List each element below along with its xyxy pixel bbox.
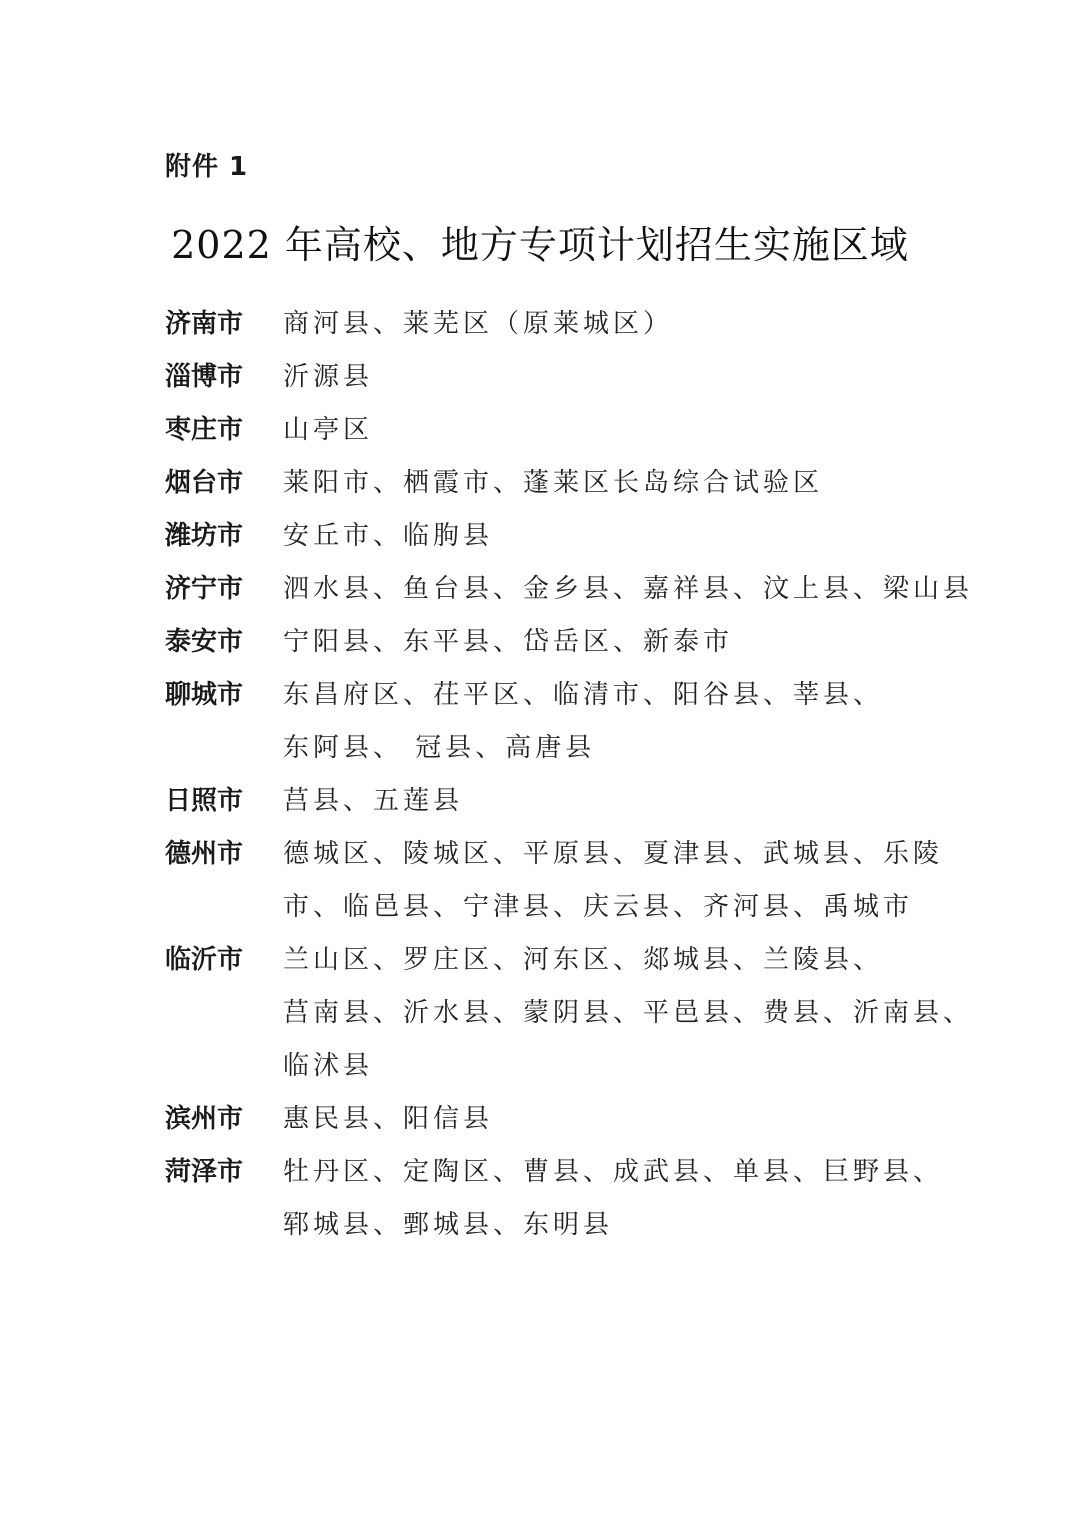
county-line: 兰山区、罗庄区、河东区、郯城县、兰陵县、 <box>283 934 973 987</box>
county-list: 安丘市、临朐县 <box>283 510 945 563</box>
city-name: 滨州市 <box>165 1093 283 1146</box>
city-name: 日照市 <box>165 775 283 828</box>
county-list: 莒县、五莲县 <box>283 775 945 828</box>
county-line: 市、临邑县、宁津县、庆云县、齐河县、禹城市 <box>283 881 945 934</box>
region-row: 济宁市 泗水县、鱼台县、金乡县、嘉祥县、汶上县、梁山县 <box>165 563 945 616</box>
city-name: 泰安市 <box>165 616 283 669</box>
county-line: 泗水县、鱼台县、金乡县、嘉祥县、汶上县、梁山县 <box>283 563 973 616</box>
city-name: 济南市 <box>165 298 283 351</box>
county-list: 泗水县、鱼台县、金乡县、嘉祥县、汶上县、梁山县 <box>283 563 973 616</box>
county-line: 莱阳市、栖霞市、蓬莱区长岛综合试验区 <box>283 457 945 510</box>
city-name: 枣庄市 <box>165 404 283 457</box>
county-list: 山亭区 <box>283 404 945 457</box>
county-line: 宁阳县、东平县、岱岳区、新泰市 <box>283 616 945 669</box>
region-row: 滨州市 惠民县、阳信县 <box>165 1093 945 1146</box>
document-title: 2022 年高校、地方专项计划招生实施区域 <box>0 214 1080 269</box>
county-line: 惠民县、阳信县 <box>283 1093 945 1146</box>
county-line: 郓城县、鄄城县、东明县 <box>283 1199 945 1252</box>
region-row: 淄博市 沂源县 <box>165 351 945 404</box>
city-name: 菏泽市 <box>165 1146 283 1199</box>
county-list: 牡丹区、定陶区、曹县、成武县、单县、巨野县、 郓城县、鄄城县、东明县 <box>283 1146 945 1252</box>
region-row: 烟台市 莱阳市、栖霞市、蓬莱区长岛综合试验区 <box>165 457 945 510</box>
county-line: 东昌府区、茌平区、临清市、阳谷县、莘县、 <box>283 669 945 722</box>
region-row: 临沂市 兰山区、罗庄区、河东区、郯城县、兰陵县、 莒南县、沂水县、蒙阴县、平邑县… <box>165 934 945 1093</box>
county-line: 沂源县 <box>283 351 945 404</box>
region-row: 聊城市 东昌府区、茌平区、临清市、阳谷县、莘县、 东阿县、 冠县、高唐县 <box>165 669 945 775</box>
city-name: 潍坊市 <box>165 510 283 563</box>
county-line: 山亭区 <box>283 404 945 457</box>
county-line: 牡丹区、定陶区、曹县、成武县、单县、巨野县、 <box>283 1146 945 1199</box>
county-line: 德城区、陵城区、平原县、夏津县、武城县、乐陵 <box>283 828 945 881</box>
city-name: 聊城市 <box>165 669 283 722</box>
city-name: 烟台市 <box>165 457 283 510</box>
county-list: 惠民县、阳信县 <box>283 1093 945 1146</box>
county-list: 莱阳市、栖霞市、蓬莱区长岛综合试验区 <box>283 457 945 510</box>
county-line: 临沭县 <box>283 1040 973 1093</box>
county-line: 莒县、五莲县 <box>283 775 945 828</box>
city-name: 济宁市 <box>165 563 283 616</box>
region-row: 德州市 德城区、陵城区、平原县、夏津县、武城县、乐陵 市、临邑县、宁津县、庆云县… <box>165 828 945 934</box>
region-row: 枣庄市 山亭区 <box>165 404 945 457</box>
region-row: 潍坊市 安丘市、临朐县 <box>165 510 945 563</box>
region-row: 济南市 商河县、莱芜区（原莱城区） <box>165 298 945 351</box>
region-row: 泰安市 宁阳县、东平县、岱岳区、新泰市 <box>165 616 945 669</box>
region-list: 济南市 商河县、莱芜区（原莱城区） 淄博市 沂源县 枣庄市 山亭区 烟台市 莱阳… <box>165 298 945 1252</box>
county-list: 东昌府区、茌平区、临清市、阳谷县、莘县、 东阿县、 冠县、高唐县 <box>283 669 945 775</box>
city-name: 德州市 <box>165 828 283 881</box>
region-row: 菏泽市 牡丹区、定陶区、曹县、成武县、单县、巨野县、 郓城县、鄄城县、东明县 <box>165 1146 945 1252</box>
region-row: 日照市 莒县、五莲县 <box>165 775 945 828</box>
county-list: 宁阳县、东平县、岱岳区、新泰市 <box>283 616 945 669</box>
county-line: 莒南县、沂水县、蒙阴县、平邑县、费县、沂南县、 <box>283 987 973 1040</box>
city-name: 临沂市 <box>165 934 283 987</box>
county-line: 商河县、莱芜区（原莱城区） <box>283 298 945 351</box>
county-line: 安丘市、临朐县 <box>283 510 945 563</box>
county-list: 商河县、莱芜区（原莱城区） <box>283 298 945 351</box>
attachment-label: 附件 1 <box>165 146 248 183</box>
city-name: 淄博市 <box>165 351 283 404</box>
county-list: 德城区、陵城区、平原县、夏津县、武城县、乐陵 市、临邑县、宁津县、庆云县、齐河县… <box>283 828 945 934</box>
county-line: 东阿县、 冠县、高唐县 <box>283 722 945 775</box>
county-list: 兰山区、罗庄区、河东区、郯城县、兰陵县、 莒南县、沂水县、蒙阴县、平邑县、费县、… <box>283 934 973 1093</box>
county-list: 沂源县 <box>283 351 945 404</box>
